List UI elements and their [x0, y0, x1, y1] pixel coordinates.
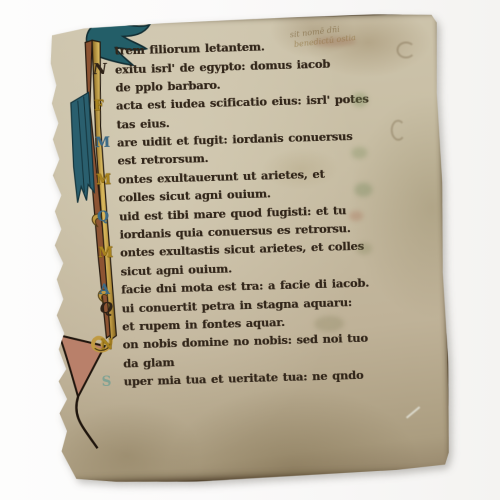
scratch-mark: [406, 406, 420, 418]
line-text: sicut agni ouium.: [120, 261, 232, 278]
line-text: da glam: [123, 355, 175, 370]
versal-initial: Q: [97, 207, 120, 226]
line-text: tas eius.: [116, 116, 169, 131]
manuscript-leaf: sit nomē dñi benedictū ostia trem filior…: [44, 13, 452, 486]
versal-initial: A: [99, 281, 122, 300]
line-text: uper mia tua et ueritate tua: ne qndo: [123, 368, 363, 389]
rose-arrowhead: [59, 334, 106, 397]
line-text: et rupem in fontes aquar.: [122, 315, 285, 334]
versal-initial: [95, 128, 117, 129]
versal-initial: N: [93, 60, 116, 79]
text-block: trem filiorum letantem. Nexitu isrl' de …: [92, 33, 434, 392]
versal-initial: Q: [99, 299, 122, 318]
line-text: colles sicut agni ouium.: [118, 186, 270, 204]
versal-initial: [101, 367, 123, 368]
line-text: trem filiorum letantem.: [114, 39, 265, 57]
line-text: de pplo barbaro.: [115, 77, 220, 94]
versal-initial: [96, 165, 118, 166]
versal-initial: [99, 275, 121, 276]
blue-feather: [71, 92, 95, 203]
versal-initial: N: [100, 336, 123, 355]
line-text: ontes exultauerunt ut arietes, et: [118, 167, 325, 187]
versal-initial: [93, 55, 115, 56]
versal-initial: F: [94, 97, 117, 116]
versal-initial: [94, 91, 116, 92]
line-text: est retrorsum.: [117, 151, 208, 168]
photo-background: sit nomē dñi benedictū ostia trem filior…: [0, 0, 500, 500]
manuscript-leaf-wrapper: sit nomē dñi benedictū ostia trem filior…: [44, 13, 452, 486]
versal-initial: M: [96, 170, 119, 189]
versal-initial: M: [98, 244, 121, 263]
versal-initial: [98, 238, 120, 239]
versal-initial: [97, 202, 119, 203]
versal-initial: M: [95, 134, 118, 153]
tail-flourish: [76, 396, 97, 449]
versal-initial: [100, 330, 122, 331]
versal-initial: S: [101, 373, 124, 392]
